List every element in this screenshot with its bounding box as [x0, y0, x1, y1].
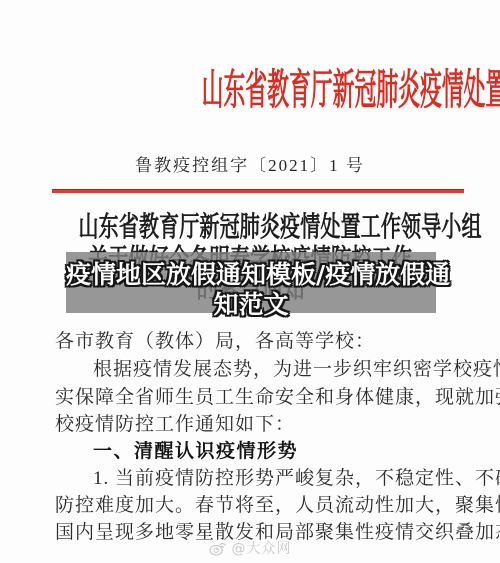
body-line: 校疫情防控工作通知如下： — [55, 413, 461, 437]
watermark-text: @大众网 — [232, 538, 292, 558]
body-salutation: 各市教育（教体）局，各高等学校： — [55, 330, 461, 354]
body-line: 根据疫情发展态势，为进一步织牢织密学校疫情防护网，切 — [55, 358, 461, 382]
watermark: @大众网 — [0, 537, 500, 559]
caption-overlay: 疫情地区放假通知模板/疫情放假通 知范文 — [66, 252, 436, 313]
org-title-red-text: 山东省教育厅新冠肺炎疫情处置工作领导小组 — [202, 62, 500, 120]
body-section-heading: 一、清醒认识疫情形势 — [55, 440, 461, 464]
doc-number: 鲁教疫控组字〔2021〕1 号 — [0, 153, 500, 179]
doc-title-line-1: 山东省教育厅新冠肺炎疫情处置工作领导小组 — [0, 212, 500, 244]
weibo-icon — [209, 540, 227, 556]
body-line: 实保障全省师生员工生命安全和身体健康，现就加强今冬明春学 — [55, 386, 461, 410]
body-line: 防控难度加大。春节将至，人员流动性加大，聚集性活动增多， — [55, 494, 461, 518]
caption-line-2: 知范文 — [66, 285, 436, 321]
org-title-red: 山东省教育厅新冠肺炎疫情处置工作领导小组 — [0, 62, 500, 120]
red-divider — [52, 189, 464, 193]
body-line: 1. 当前疫情防控形势严峻复杂，不稳定性、不确定性增加， — [55, 467, 461, 491]
